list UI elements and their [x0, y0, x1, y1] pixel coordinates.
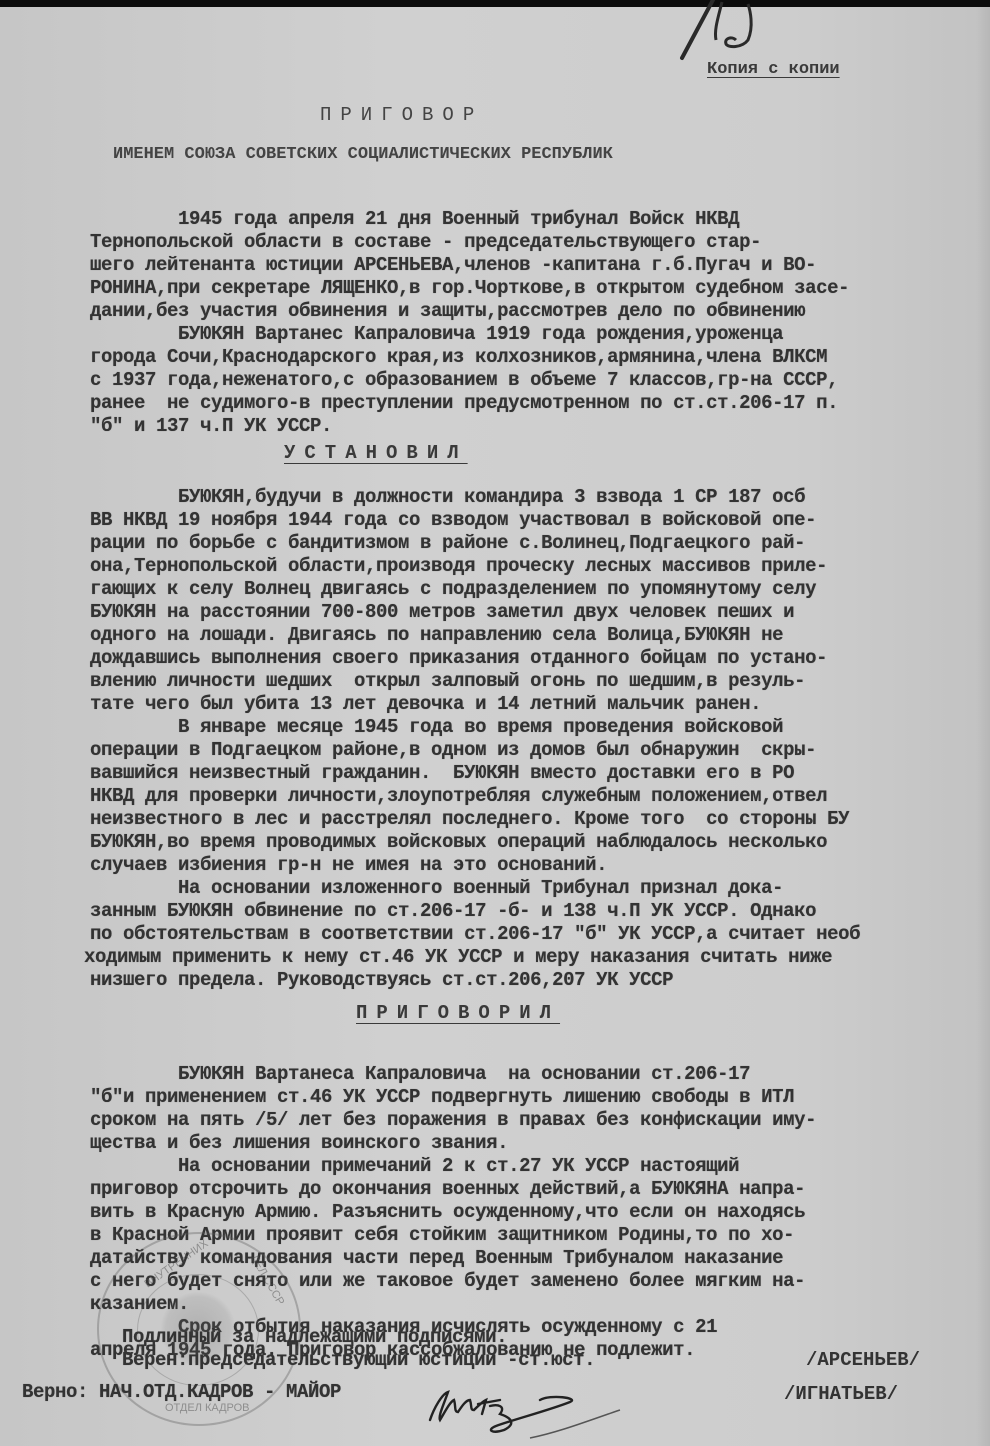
text-line: вить в Красную Армию. Разъяснить осужден…: [90, 1201, 805, 1223]
signatory-name: /АРСЕНЬЕВ/: [806, 1349, 920, 1371]
text-line: занным БУЮКЯН обвинение по ст.206-17 -б-…: [90, 900, 816, 922]
text-line: одного на лошади. Двигаясь по направлени…: [90, 624, 783, 646]
text-line: БУЮКЯН,во время проводимых войсковых опе…: [90, 831, 827, 853]
text-line: случаев избиения гр-н не имея на это осн…: [90, 854, 607, 876]
handwritten-signature: [420, 1380, 680, 1446]
text-line: влению личности шедших открыл залповый о…: [90, 670, 805, 692]
text-line: На основании примечаний 2 к ст.27 УК УСС…: [90, 1155, 739, 1177]
text-line: НКВД для проверки личности,злоупотребляя…: [90, 785, 827, 807]
text-line: вавшийся неизвестный гражданин. БУЮКЯН в…: [90, 762, 794, 784]
text-line: сроком на пять /5/ лет без поражения в п…: [90, 1109, 816, 1131]
text-line: Верен:председательствующий юстиции -ст.ю…: [100, 1349, 595, 1371]
text-line: с 1937 года,неженатого,с образованием в …: [90, 369, 838, 391]
text-line: "б"и применением ст.46 УК УССР подвергну…: [90, 1086, 794, 1108]
text-line: "б" и 137 ч.П УК УССР.: [90, 415, 332, 437]
text-line: дании,без участия обвинения и защиты,рас…: [90, 300, 805, 322]
stamp-ring-text: ОТДЕЛ КАДРОВ: [165, 1402, 250, 1414]
section-heading-sentenced: ПРИГОВОРИЛ: [356, 1002, 560, 1024]
text-line: В январе месяце 1945 года во время прове…: [90, 716, 783, 738]
text-line: БУЮКЯН на расстоянии 700-800 метров заме…: [90, 601, 794, 623]
page-edge-shadow: [976, 7, 990, 1446]
text-line: операции в Подгаецком районе,в одном из …: [90, 739, 816, 761]
text-line: шего лейтенанта юстиции АРСЕНЬЕВА,членов…: [90, 254, 816, 276]
text-line: ходимым применить к нему ст.46 УК УССР и…: [84, 946, 832, 968]
text-line: ВВ НКВД 19 ноября 1944 года со взводом у…: [90, 509, 816, 531]
text-line: Тернопольской области в составе - предсе…: [90, 231, 761, 253]
text-line: На основании изложенного военный Трибуна…: [90, 877, 783, 899]
copy-of-copy-label: Копия с копии: [707, 60, 840, 79]
text-line: по обстоятельствам в соответствии ст.206…: [90, 923, 860, 945]
text-line: дождавшись выполнения своего приказания …: [90, 647, 827, 669]
text-line: БУЮКЯН Вартанеса Капраловича на основани…: [90, 1063, 750, 1085]
text-line: БУЮКЯН,будучи в должности командира 3 вз…: [90, 486, 805, 508]
text-line: Верно: НАЧ.ОТД.КАДРОВ - МАЙОР: [22, 1381, 341, 1403]
document-title: ПРИГОВОР: [320, 104, 483, 126]
text-line: РОНИНА,при секретаре ЛЯЩЕНКО,в гор.Чортк…: [90, 277, 849, 299]
text-line: БУЮКЯН Вартанес Капраловича 1919 года ро…: [90, 323, 783, 345]
text-line: ранее не судимого-в преступлении предусм…: [90, 392, 838, 414]
text-line: города Сочи,Краснодарского края,из колхо…: [90, 346, 827, 368]
text-line: неизвестного в лес и расстрелял последне…: [90, 808, 849, 830]
text-line: 1945 года апреля 21 дня Военный трибунал…: [90, 208, 739, 230]
text-line: щества и без лишения воинского звания.: [90, 1132, 508, 1154]
handwritten-page-number: [670, 0, 790, 66]
text-line: Подлинный за надлежащими подписями.: [100, 1326, 507, 1348]
text-line: она,Тернопольской области,производя проч…: [90, 555, 827, 577]
scan-top-edge: [0, 0, 990, 7]
text-line: гающих к селу Волнец двигаясь с подразде…: [90, 578, 816, 600]
section-heading-established: УСТАНОВИЛ: [284, 442, 468, 464]
document-subtitle: ИМЕНЕМ СОЮЗА СОВЕТСКИХ СОЦИАЛИСТИЧЕСКИХ …: [113, 145, 613, 164]
text-line: приговор отсрочить до окончания военных …: [90, 1178, 805, 1200]
text-line: тате чего был убита 13 лет девочка и 14 …: [90, 693, 761, 715]
signatory-name: /ИГНАТЬЕВ/: [784, 1383, 898, 1405]
text-line: рации по борьбе с бандитизмом в районе с…: [90, 532, 805, 554]
text-line: низшего предела. Руководствуясь ст.ст.20…: [90, 969, 673, 991]
